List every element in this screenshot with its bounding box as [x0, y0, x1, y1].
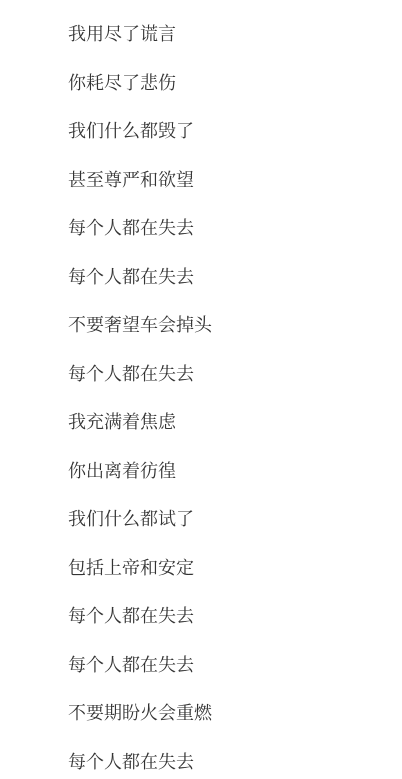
lyric-line: 我用尽了谎言	[68, 25, 382, 43]
lyric-line: 我们什么都试了	[68, 510, 382, 528]
lyric-line: 我充满着焦虑	[68, 413, 382, 431]
lyric-line: 甚至尊严和欲望	[68, 171, 382, 189]
lyric-line: 不要期盼火会重燃	[68, 704, 382, 722]
lyric-line: 每个人都在失去	[68, 607, 382, 625]
lyric-line: 每个人都在失去	[68, 268, 382, 286]
lyric-line: 每个人都在失去	[68, 219, 382, 237]
lyric-line: 包括上帝和安定	[68, 559, 382, 577]
lyric-line: 你出离着彷徨	[68, 462, 382, 480]
lyric-line: 你耗尽了悲伤	[68, 74, 382, 92]
lyric-line: 我们什么都毁了	[68, 122, 382, 140]
lyric-line: 不要奢望车会掉头	[68, 316, 382, 334]
lyric-line: 每个人都在失去	[68, 753, 382, 771]
lyric-line: 每个人都在失去	[68, 656, 382, 674]
lyrics-page: 我用尽了谎言 你耗尽了悲伤 我们什么都毁了 甚至尊严和欲望 每个人都在失去 每个…	[0, 0, 402, 779]
lyric-line: 每个人都在失去	[68, 365, 382, 383]
